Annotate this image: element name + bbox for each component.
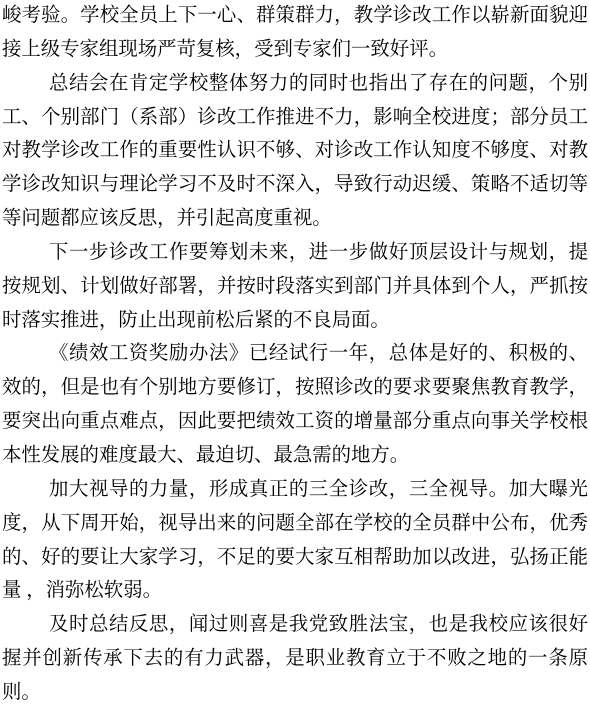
text-line: 峻考验。学校全员上下一心、群策群力，教学诊改工作以崭新面貌迎 bbox=[2, 0, 588, 33]
text-line: 本性发展的难度最大、最迫切、最急需的地方。 bbox=[2, 439, 588, 473]
text-line: 量 ，消弥松软弱。 bbox=[2, 574, 588, 608]
paragraph: 加大视导的力量，形成真正的三全诊改，三全视导。加大曝光力度，从下周开始，视导出来… bbox=[2, 473, 588, 608]
text-line: 下一步诊改工作要筹划未来，进一步做好顶层设计与规划，提前 bbox=[2, 236, 588, 270]
text-line: 总结会在肯定学校整体努力的同时也指出了存在的问题，个别员 bbox=[2, 67, 588, 101]
paragraph: 下一步诊改工作要筹划未来，进一步做好顶层设计与规划，提前按规划、计划做好部署，并… bbox=[2, 236, 588, 338]
text-line: 则。 bbox=[2, 676, 588, 710]
paragraph: 及时总结反思，闻过则喜是我党致胜法宝，也是我校应该很好掌握并创新传承下去的有力武… bbox=[2, 608, 588, 710]
document-page: 峻考验。学校全员上下一心、群策群力，教学诊改工作以崭新面貌迎接上级专家组现场严苛… bbox=[0, 0, 590, 710]
text-line: 对教学诊改工作的重要性认识不够、对诊改工作认知度不够度、对教 bbox=[2, 134, 588, 168]
text-line: 加大视导的力量，形成真正的三全诊改，三全视导。加大曝光力 bbox=[2, 473, 588, 507]
text-line: 要突出向重点难点，因此要把绩效工资的增量部分重点向事关学校根 bbox=[2, 405, 588, 439]
text-line: 学诊改知识与理论学习不及时不深入，导致行动迟缓、策略不适切等 bbox=[2, 168, 588, 202]
text-line: 握并创新传承下去的有力武器，是职业教育立于不败之地的一条原 bbox=[2, 642, 588, 676]
text-line: 工、个别部门（系部）诊改工作推进不力，影响全校进度；部分员工 bbox=[2, 101, 588, 135]
text-line: 《绩效工资奖励办法》已经试行一年，总体是好的、积极的、有 bbox=[2, 337, 588, 371]
text-line: 接上级专家组现场严苛复核，受到专家们一致好评。 bbox=[2, 33, 588, 67]
paragraph: 总结会在肯定学校整体努力的同时也指出了存在的问题，个别员工、个别部门（系部）诊改… bbox=[2, 67, 588, 236]
text-line: 及时总结反思，闻过则喜是我党致胜法宝，也是我校应该很好掌 bbox=[2, 608, 588, 642]
text-line: 的、好的要让大家学习，不足的要大家互相帮助加以改进，弘扬正能 bbox=[2, 541, 588, 575]
text-line: 按规划、计划做好部署，并按时段落实到部门并具体到个人，严抓按 bbox=[2, 270, 588, 304]
text-line: 时落实推进，防止出现前松后紧的不良局面。 bbox=[2, 304, 588, 338]
text-line: 效的，但是也有个别地方要修订，按照诊改的要求要聚焦教育教学， bbox=[2, 371, 588, 405]
text-line: 度，从下周开始，视导出来的问题全部在学校的全员群中公布，优秀 bbox=[2, 507, 588, 541]
paragraph: 峻考验。学校全员上下一心、群策群力，教学诊改工作以崭新面貌迎接上级专家组现场严苛… bbox=[2, 0, 588, 67]
paragraph: 《绩效工资奖励办法》已经试行一年，总体是好的、积极的、有效的，但是也有个别地方要… bbox=[2, 337, 588, 472]
text-line: 等问题都应该反思，并引起高度重视。 bbox=[2, 202, 588, 236]
